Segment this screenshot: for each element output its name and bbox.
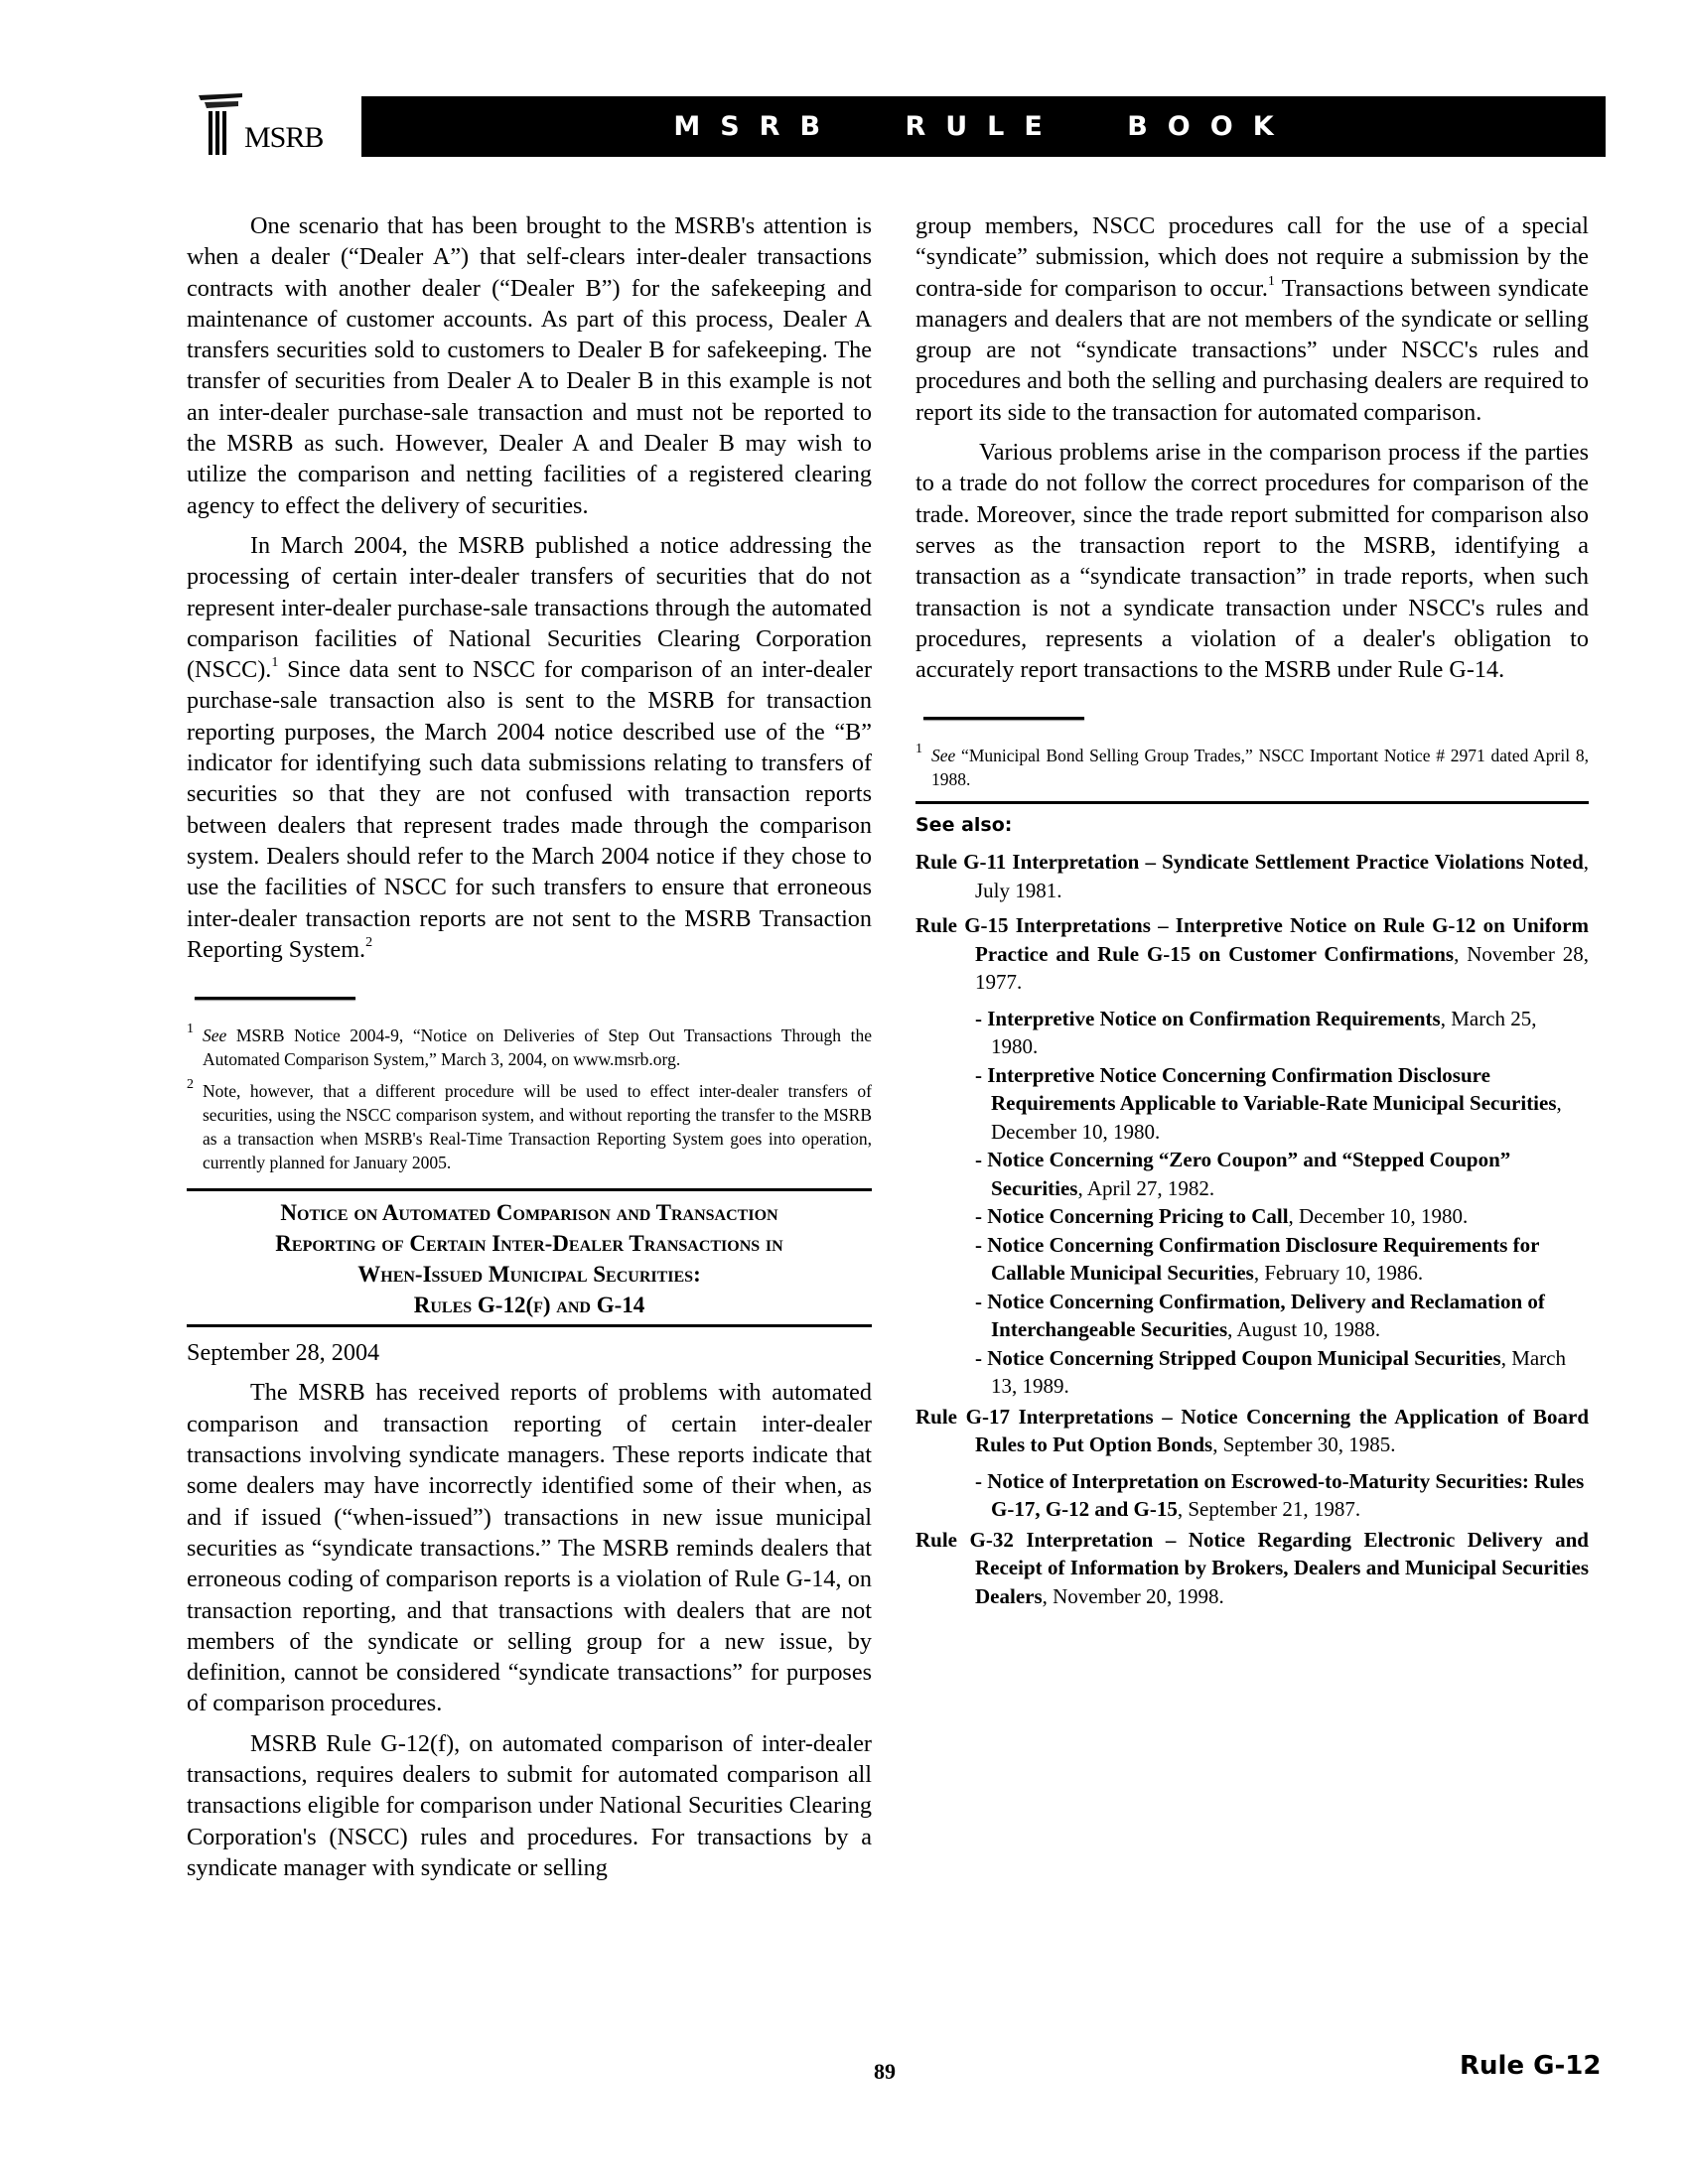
header-bar: MSRB RULE BOOK: [361, 96, 1606, 157]
reference-title[interactable]: Rule G-32 Interpretation – Notice Regard…: [915, 1528, 1589, 1608]
paragraph: MSRB Rule G-12(f), on automated comparis…: [187, 1728, 872, 1883]
sub-reference-title[interactable]: - Notice Concerning Pricing to Call: [975, 1204, 1289, 1228]
paragraph: In March 2004, the MSRB published a noti…: [187, 530, 872, 965]
sub-reference-date: , February 10, 1986.: [1254, 1261, 1423, 1285]
heading-line: Reporting of Certain Inter-Dealer Transa…: [187, 1228, 872, 1259]
sub-reference-item[interactable]: - Interpretive Notice on Confirmation Re…: [975, 1005, 1589, 1061]
paragraph: The MSRB has received reports of problem…: [187, 1377, 872, 1718]
footnote-number: 1: [187, 1018, 194, 1041]
paragraph: One scenario that has been brought to th…: [187, 210, 872, 521]
sub-reference-date: , December 10, 1980.: [1289, 1204, 1469, 1228]
reference-item[interactable]: Rule G-11 Interpretation – Syndicate Set…: [915, 848, 1589, 904]
column-icon: [199, 91, 246, 157]
footnote-divider: [195, 997, 355, 1000]
see-also-divider: [915, 801, 1589, 804]
footnote-text: Note, however, that a different procedur…: [203, 1081, 872, 1172]
paragraph: Various problems arise in the comparison…: [915, 437, 1589, 685]
section-heading: Notice on Automated Comparison and Trans…: [187, 1188, 872, 1327]
footnote-text: MSRB Notice 2004-9, “Notice on Deliverie…: [203, 1025, 872, 1069]
heading-line: Notice on Automated Comparison and Trans…: [187, 1197, 872, 1228]
see-also-label: See also:: [915, 812, 1589, 838]
left-column: One scenario that has been brought to th…: [187, 210, 872, 1883]
sub-reference-title[interactable]: - Interpretive Notice on Confirmation Re…: [975, 1007, 1441, 1030]
section-date: September 28, 2004: [187, 1337, 872, 1368]
sub-reference-list: - Notice of Interpretation on Escrowed-t…: [915, 1467, 1589, 1524]
sub-reference-date: , August 10, 1988.: [1227, 1317, 1380, 1341]
sub-reference-item[interactable]: - Notice of Interpretation on Escrowed-t…: [975, 1467, 1589, 1524]
footnote-number: 1: [915, 738, 922, 761]
rule-book-title: MSRB RULE BOOK: [673, 111, 1293, 142]
logo-text: MSRB: [244, 121, 323, 155]
msrb-logo: MSRB: [195, 91, 344, 161]
footnote-ref[interactable]: 2: [365, 935, 372, 950]
sub-reference-item[interactable]: - Notice Concerning Stripped Coupon Muni…: [975, 1344, 1589, 1401]
sub-reference-item[interactable]: - Notice Concerning “Zero Coupon” and “S…: [975, 1146, 1589, 1202]
paragraph: group members, NSCC procedures call for …: [915, 210, 1589, 428]
sub-reference-date: , September 21, 1987.: [1178, 1497, 1360, 1521]
reference-title[interactable]: Rule G-11 Interpretation – Syndicate Set…: [915, 850, 1584, 874]
footnote-number: 2: [187, 1073, 194, 1097]
sub-reference-date: , April 27, 1982.: [1077, 1176, 1214, 1200]
sub-reference-title[interactable]: - Notice Concerning Stripped Coupon Muni…: [975, 1346, 1501, 1370]
footnote-ref[interactable]: 1: [1268, 274, 1275, 289]
footnote-italic: See: [931, 746, 955, 765]
reference-date: , November 20, 1998.: [1043, 1584, 1224, 1608]
reference-item[interactable]: Rule G-17 Interpretations – Notice Conce…: [915, 1403, 1589, 1459]
footnote: 1See MSRB Notice 2004-9, “Notice on Deli…: [187, 1024, 872, 1071]
page-number: 89: [874, 2059, 896, 2085]
sub-reference-item[interactable]: - Interpretive Notice Concerning Confirm…: [975, 1061, 1589, 1147]
footnote-divider: [923, 717, 1084, 720]
sub-reference-list: - Interpretive Notice on Confirmation Re…: [915, 1005, 1589, 1401]
right-column: group members, NSCC procedures call for …: [915, 210, 1589, 1610]
sub-reference-title[interactable]: - Notice Concerning “Zero Coupon” and “S…: [975, 1148, 1510, 1200]
sub-reference-item[interactable]: - Notice Concerning Confirmation, Delive…: [975, 1288, 1589, 1344]
reference-item[interactable]: Rule G-32 Interpretation – Notice Regard…: [915, 1526, 1589, 1611]
footnote: 2Note, however, that a different procedu…: [187, 1079, 872, 1174]
sub-reference-title[interactable]: - Interpretive Notice Concerning Confirm…: [975, 1063, 1557, 1116]
sub-reference-item[interactable]: - Notice Concerning Confirmation Disclos…: [975, 1231, 1589, 1288]
paragraph-text: Since data sent to NSCC for comparison o…: [187, 656, 872, 963]
sub-reference-item[interactable]: - Notice Concerning Pricing to Call, Dec…: [975, 1202, 1589, 1231]
footnote: 1See “Municipal Bond Selling Group Trade…: [915, 744, 1589, 791]
footnote-italic: See: [203, 1025, 226, 1045]
reference-date: , September 30, 1985.: [1212, 1433, 1395, 1456]
heading-line: Rules G-12(f) and G-14: [187, 1290, 872, 1320]
heading-line: When-Issued Municipal Securities:: [187, 1259, 872, 1290]
footer-rule-label: Rule G-12: [1460, 2051, 1601, 2081]
reference-item[interactable]: Rule G-15 Interpretations – Interpretive…: [915, 911, 1589, 997]
footnote-text: “Municipal Bond Selling Group Trades,” N…: [931, 746, 1589, 789]
